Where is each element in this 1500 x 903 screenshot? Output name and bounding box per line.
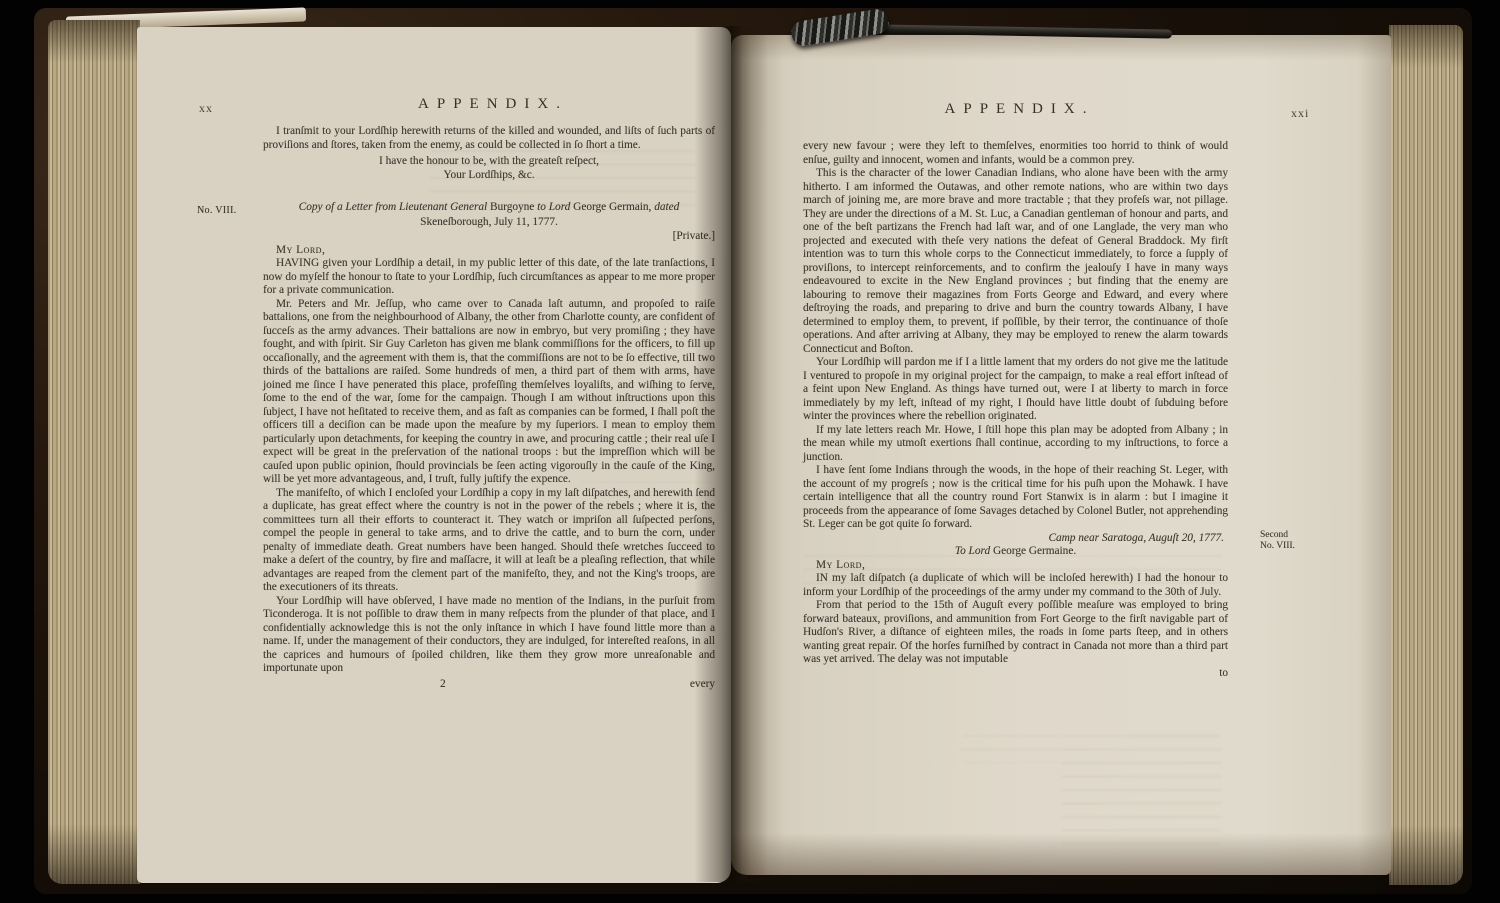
paragraph: The manifeſto, of which I encloſed your …	[263, 487, 715, 595]
paragraph: Mr. Peters and Mr. Jeſſup, who came over…	[263, 298, 715, 487]
valediction-line: Your Lordſhips, &c.	[263, 169, 715, 183]
paragraph: If my late letters reach Mr. Howe, I ſti…	[803, 424, 1228, 465]
margin-note: Second No. VIII.	[1260, 530, 1330, 552]
address-segment: To Lord	[955, 545, 993, 557]
page-footer: 2 every	[263, 678, 715, 692]
catchword: every	[690, 678, 715, 692]
letter-heading: No. VIII. Copy of a Letter from Lieutena…	[263, 200, 715, 230]
page-number: xx	[199, 101, 213, 116]
page-number: xxi	[1291, 106, 1309, 121]
running-header: APPENDIX.	[263, 96, 715, 113]
signature-mark: 2	[440, 678, 446, 692]
valediction-line: I have the honour to be, with the greate…	[263, 155, 715, 169]
fore-edge-left	[48, 20, 140, 884]
paragraph: Your Lordſhip will have obſerved, I have…	[263, 595, 715, 676]
left-page: xx APPENDIX. I tranſmit to your Lordſhip…	[137, 27, 731, 883]
continuation-paragraph: I tranſmit to your Lordſhip herewith ret…	[263, 125, 715, 152]
heading-segment: Skeneſborough, July 11, 1777.	[420, 216, 558, 228]
heading-segment: to Lord	[537, 201, 573, 213]
letter-body: HAVING given your Lordſhip a detail, in …	[263, 257, 715, 676]
paragraph: IN my laſt diſpatch (a duplicate of whic…	[803, 572, 1228, 599]
catchword: to	[803, 667, 1228, 681]
margin-note-line: Second	[1260, 530, 1288, 540]
paragraph: I have ſent ſome Indians through the woo…	[803, 464, 1228, 532]
salutation: My Lord,	[263, 244, 715, 258]
dateline-text: Camp near Saratoga, Auguſt 20, 1777.	[1048, 532, 1224, 544]
margin-note: No. VIII.	[197, 203, 236, 218]
address-segment: George Germaine.	[993, 545, 1076, 557]
paragraph: This is the character of the lower Canad…	[803, 167, 1228, 356]
book-photo: xx APPENDIX. I tranſmit to your Lordſhip…	[0, 0, 1500, 903]
running-header: APPENDIX.	[803, 101, 1228, 118]
show-through-text	[961, 735, 1061, 763]
address-line: To Lord George Germaine.	[803, 545, 1228, 559]
paragraph: From that period to the 15th of Auguſt e…	[803, 599, 1228, 667]
right-page: APPENDIX. xxi every new favour ; were th…	[731, 35, 1391, 875]
heading-segment: Burgoyne	[490, 201, 537, 213]
margin-note-line: No. VIII.	[1260, 541, 1295, 551]
heading-segment: Copy of a Letter from Lieutenant General	[299, 201, 490, 213]
heading-segment: dated	[654, 201, 679, 213]
paragraph: Your Lordſhip will pardon me if I a litt…	[803, 356, 1228, 424]
heading-segment: George Germain,	[573, 201, 654, 213]
show-through-text	[1061, 735, 1221, 845]
dateline: Camp near Saratoga, Auguſt 20, 1777. Sec…	[803, 532, 1228, 546]
privacy-tag: [Private.]	[263, 230, 715, 244]
fore-edge-right	[1389, 25, 1463, 885]
letter-body: IN my laſt diſpatch (a duplicate of whic…	[803, 572, 1228, 667]
salutation: My Lord,	[803, 559, 1228, 573]
paragraph: HAVING given your Lordſhip a detail, in …	[263, 257, 715, 298]
paragraph: every new favour ; were they left to the…	[803, 140, 1228, 167]
letter-body: every new favour ; were they left to the…	[803, 140, 1228, 532]
